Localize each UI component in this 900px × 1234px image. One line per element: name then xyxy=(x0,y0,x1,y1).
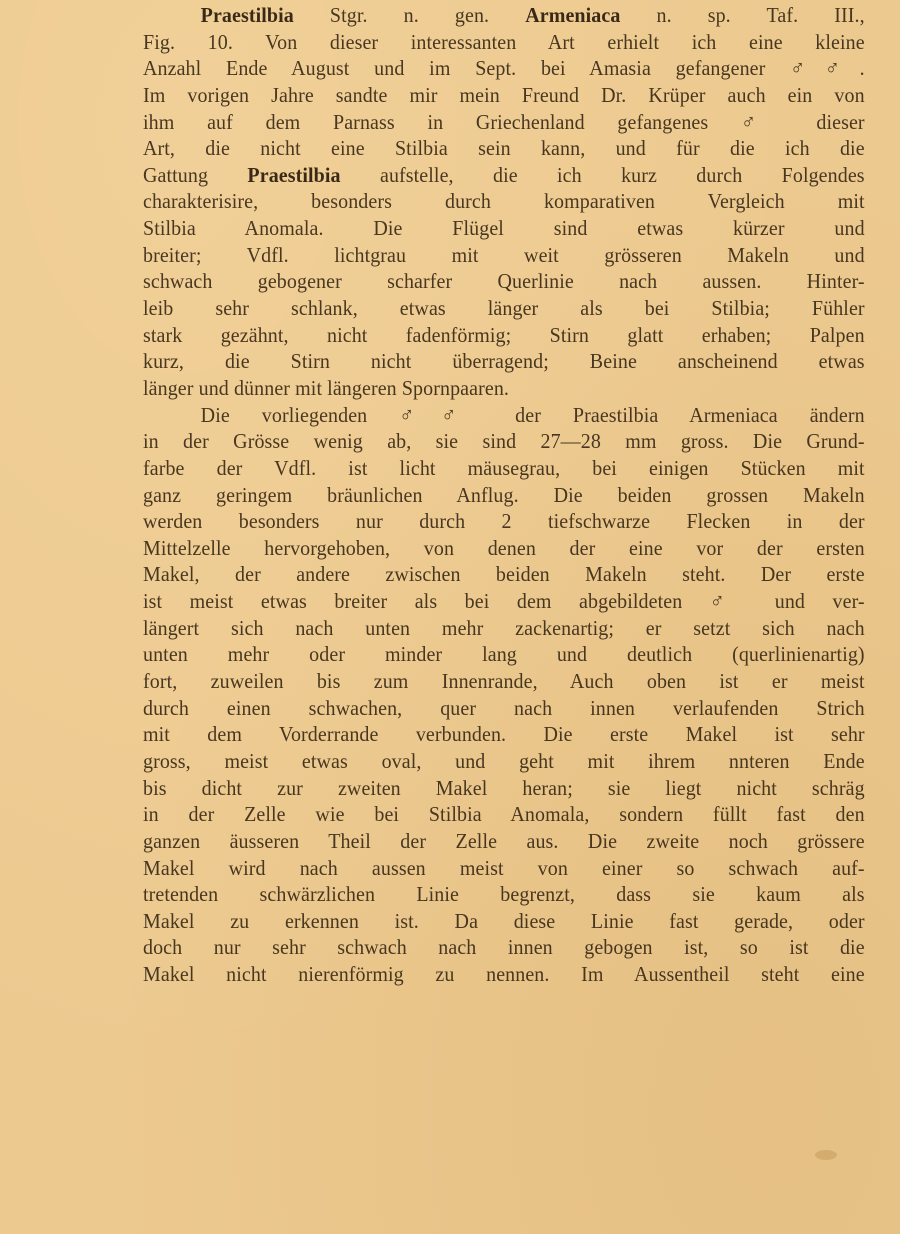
text-segment: mit dem Vorderrande verbunden. Die erste… xyxy=(143,722,865,746)
text-segment: kurz, die Stirn nicht überragend; Beine … xyxy=(143,349,865,373)
text-segment: fort, zuweilen bis zum Innenrande, Auch … xyxy=(143,669,865,693)
text-segment: Gattung xyxy=(143,163,247,187)
bold-term: Armeniaca xyxy=(525,3,620,27)
text-line: breiter; Vdfl. lichtgrau mit weit grösse… xyxy=(143,242,865,269)
text-segment: Makel zu erkennen ist. Da diese Linie fa… xyxy=(143,909,865,933)
bold-term: Praestilbia xyxy=(201,3,294,27)
text-segment: gross, meist etwas oval, und geht mit ih… xyxy=(143,749,865,773)
text-segment: aufstelle, die ich kurz durch Folgendes xyxy=(341,163,865,187)
text-line: Im vorigen Jahre sandte mir mein Freund … xyxy=(143,82,865,109)
text-line: Die vorliegenden ♂♂ der Praestilbia Arme… xyxy=(143,402,865,429)
text-segment: tretenden schwärzlichen Linie begrenzt, … xyxy=(143,882,865,906)
text-segment: breiter; Vdfl. lichtgrau mit weit grösse… xyxy=(143,243,865,267)
text-line: ihm auf dem Parnass in Griechenland gefa… xyxy=(143,109,865,136)
text-line: Art, die nicht eine Stilbia sein kann, u… xyxy=(143,135,865,162)
text-line: werden besonders nur durch 2 tiefschwarz… xyxy=(143,508,865,535)
text-segment: Stilbia Anomala. Die Flügel sind etwas k… xyxy=(143,216,865,240)
text-segment: Anzahl Ende August und im Sept. bei Amas… xyxy=(143,56,865,80)
text-segment: charakterisire, besonders durch komparat… xyxy=(143,189,865,213)
text-line: Makel zu erkennen ist. Da diese Linie fa… xyxy=(143,908,865,935)
text-segment: Die vorliegenden ♂♂ der Praestilbia Arme… xyxy=(201,403,865,427)
text-line: tretenden schwärzlichen Linie begrenzt, … xyxy=(143,881,865,908)
text-segment: in der Zelle wie bei Stilbia Anomala, so… xyxy=(143,802,865,826)
text-line: länger und dünner mit längeren Spornpaar… xyxy=(143,375,865,402)
text-line: Stilbia Anomala. Die Flügel sind etwas k… xyxy=(143,215,865,242)
text-line: Praestilbia Stgr. n. gen. Armeniaca n. s… xyxy=(143,2,865,29)
text-segment: in der Grösse wenig ab, sie sind 27—28 m… xyxy=(143,429,865,453)
text-segment: farbe der Vdfl. ist licht mäusegrau, bei… xyxy=(143,456,865,480)
text-column: Praestilbia Stgr. n. gen. Armeniaca n. s… xyxy=(143,2,865,988)
text-line: stark gezähnt, nicht fadenförmig; Stirn … xyxy=(143,322,865,349)
text-line: charakterisire, besonders durch komparat… xyxy=(143,188,865,215)
text-line: gross, meist etwas oval, und geht mit ih… xyxy=(143,748,865,775)
text-line: ganz geringem bräunlichen Anflug. Die be… xyxy=(143,482,865,509)
text-line: durch einen schwachen, quer nach innen v… xyxy=(143,695,865,722)
paragraph: Praestilbia Stgr. n. gen. Armeniaca n. s… xyxy=(143,2,865,402)
text-line: Makel nicht nierenförmig zu nennen. Im A… xyxy=(143,961,865,988)
text-segment: n. sp. Taf. III., xyxy=(620,3,864,27)
text-segment: werden besonders nur durch 2 tiefschwarz… xyxy=(143,509,865,533)
text-segment: schwach gebogener scharfer Querlinie nac… xyxy=(143,269,865,293)
text-segment: Im vorigen Jahre sandte mir mein Freund … xyxy=(143,83,865,107)
paper-stain xyxy=(815,1150,837,1160)
text-line: Anzahl Ende August und im Sept. bei Amas… xyxy=(143,55,865,82)
text-segment: leib sehr schlank, etwas länger als bei … xyxy=(143,296,865,320)
text-segment: Stgr. n. gen. xyxy=(294,3,525,27)
text-line: mit dem Vorderrande verbunden. Die erste… xyxy=(143,721,865,748)
bold-term: Praestilbia xyxy=(247,163,340,187)
text-segment: stark gezähnt, nicht fadenförmig; Stirn … xyxy=(143,323,865,347)
text-line: Makel wird nach aussen meist von einer s… xyxy=(143,855,865,882)
text-line: ist meist etwas breiter als bei dem abge… xyxy=(143,588,865,615)
document-page: Praestilbia Stgr. n. gen. Armeniaca n. s… xyxy=(143,2,865,988)
text-line: Makel, der andere zwischen beiden Makeln… xyxy=(143,561,865,588)
text-line: in der Grösse wenig ab, sie sind 27—28 m… xyxy=(143,428,865,455)
text-segment: doch nur sehr schwach nach innen gebogen… xyxy=(143,935,865,959)
text-segment: durch einen schwachen, quer nach innen v… xyxy=(143,696,865,720)
text-segment: Makel nicht nierenförmig zu nennen. Im A… xyxy=(143,962,865,986)
text-segment: Mittelzelle hervorgehoben, von denen der… xyxy=(143,536,865,560)
text-segment: ganzen äusseren Theil der Zelle aus. Die… xyxy=(143,829,865,853)
text-line: Fig. 10. Von dieser interessanten Art er… xyxy=(143,29,865,56)
text-line: farbe der Vdfl. ist licht mäusegrau, bei… xyxy=(143,455,865,482)
text-line: fort, zuweilen bis zum Innenrande, Auch … xyxy=(143,668,865,695)
text-line: kurz, die Stirn nicht überragend; Beine … xyxy=(143,348,865,375)
text-segment: Makel wird nach aussen meist von einer s… xyxy=(143,856,865,880)
text-segment: ganz geringem bräunlichen Anflug. Die be… xyxy=(143,483,865,507)
text-segment: ihm auf dem Parnass in Griechenland gefa… xyxy=(143,110,865,134)
text-line: schwach gebogener scharfer Querlinie nac… xyxy=(143,268,865,295)
text-segment: Fig. 10. Von dieser interessanten Art er… xyxy=(143,30,865,54)
text-segment: bis dicht zur zweiten Makel heran; sie l… xyxy=(143,776,865,800)
text-line: längert sich nach unten mehr zackenartig… xyxy=(143,615,865,642)
text-segment: Art, die nicht eine Stilbia sein kann, u… xyxy=(143,136,865,160)
text-segment: unten mehr oder minder lang und deutlich… xyxy=(143,642,865,666)
text-line: ganzen äusseren Theil der Zelle aus. Die… xyxy=(143,828,865,855)
text-line: doch nur sehr schwach nach innen gebogen… xyxy=(143,934,865,961)
text-segment: länger und dünner mit längeren Spornpaar… xyxy=(143,376,509,400)
text-line: unten mehr oder minder lang und deutlich… xyxy=(143,641,865,668)
paragraph: Die vorliegenden ♂♂ der Praestilbia Arme… xyxy=(143,402,865,988)
text-segment: ist meist etwas breiter als bei dem abge… xyxy=(143,589,865,613)
text-line: in der Zelle wie bei Stilbia Anomala, so… xyxy=(143,801,865,828)
text-line: bis dicht zur zweiten Makel heran; sie l… xyxy=(143,775,865,802)
text-segment: Makel, der andere zwischen beiden Makeln… xyxy=(143,562,865,586)
text-segment: längert sich nach unten mehr zackenartig… xyxy=(143,616,865,640)
text-line: Mittelzelle hervorgehoben, von denen der… xyxy=(143,535,865,562)
text-line: Gattung Praestilbia aufstelle, die ich k… xyxy=(143,162,865,189)
text-line: leib sehr schlank, etwas länger als bei … xyxy=(143,295,865,322)
